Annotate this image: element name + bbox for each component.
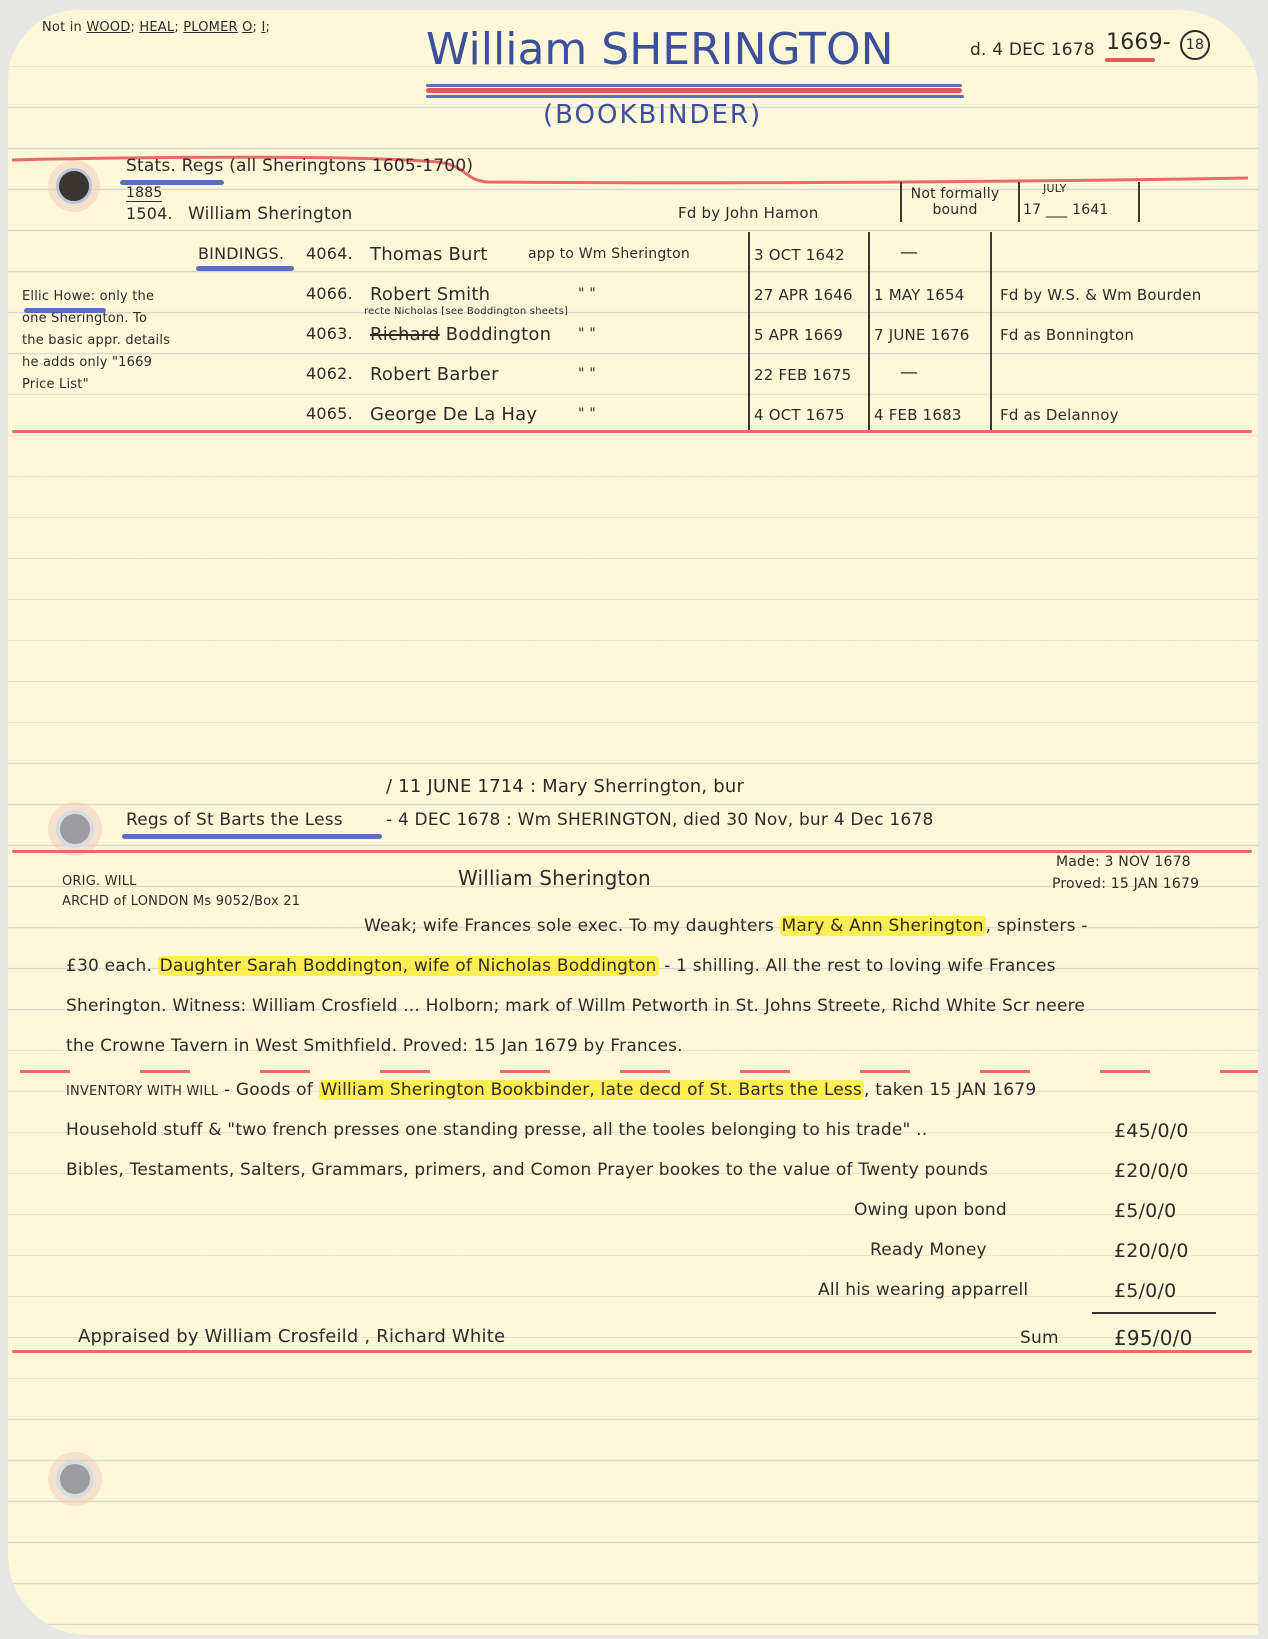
- dash-segment: [380, 1070, 430, 1073]
- dash-segment: [260, 1070, 310, 1073]
- inventory-item-desc: Owing upon bond: [854, 1200, 1007, 1220]
- death-date: d. 4 DEC 1678: [970, 40, 1095, 60]
- index-card: Not in WOOD; HEAL; PLOMER O; I; William …: [8, 10, 1258, 1635]
- title-underline-blue: [426, 84, 962, 87]
- dash-segment: [1220, 1070, 1258, 1073]
- binding-bound-date: 4 OCT 1675: [754, 406, 845, 424]
- binding-name: Richard Boddington: [370, 324, 551, 345]
- inventory-item-value: £20/0/0: [1114, 1160, 1189, 1182]
- binding-bound-date: 3 OCT 1642: [754, 246, 845, 264]
- binding-note: app to Wm Sherington: [528, 246, 690, 262]
- parish-entry-added: / 11 JUNE 1714 : Mary Sherrington, bur: [386, 776, 744, 797]
- highlighted-text: Daughter Sarah Boddington, wife of Nicho…: [158, 956, 659, 976]
- side-note-text: : only the: [91, 289, 154, 304]
- freed-date-month: JULY: [1043, 182, 1066, 195]
- inventory-item-desc: Ready Money: [870, 1240, 987, 1260]
- inventory-item-value: £20/0/0: [1114, 1240, 1189, 1262]
- col-divider: [900, 182, 902, 222]
- will-line: the Crowne Tavern in West Smithfield. Pr…: [66, 1036, 683, 1056]
- will-text-part: - 1 shilling. All the rest to loving wif…: [659, 956, 1056, 976]
- not-formally-bound: Not formally bound: [905, 186, 1005, 218]
- binding-number: 4065.: [306, 404, 353, 423]
- stats-regs-title: Stats. Regs: [126, 156, 224, 176]
- section-divider-3: [12, 850, 1252, 853]
- highlighted-text: Mary & Ann Sherington: [780, 916, 986, 936]
- binding-freed-date: 7 JUNE 1676: [874, 326, 970, 344]
- inventory-item-value: £45/0/0: [1114, 1120, 1189, 1142]
- binding-number: 4064.: [306, 244, 353, 263]
- binding-name: George De La Hay: [370, 404, 537, 425]
- inventory-text-part: , taken 15 JAN 1679: [864, 1080, 1036, 1100]
- side-note: Ellic Howe: only the one Sherington. To …: [22, 286, 170, 396]
- inventory-text-part: - Goods of: [224, 1080, 319, 1100]
- side-note-line-1: Ellic Howe: only the: [22, 286, 170, 308]
- will-line: £30 each. Daughter Sarah Boddington, wif…: [66, 956, 1056, 976]
- inventory-intro: INVENTORY WITH WILL - Goods of William S…: [66, 1080, 1036, 1100]
- source-i: I: [261, 20, 265, 35]
- binding-bound-date: 27 APR 1646: [754, 286, 853, 304]
- will-label-2: ARCHD of LONDON Ms 9052/Box 21: [62, 894, 300, 909]
- source-plomer: PLOMER: [183, 20, 238, 35]
- table-divider: [748, 232, 750, 432]
- sources-prefix: Not in: [42, 20, 82, 35]
- inventory-item-desc: All his wearing apparrell: [818, 1280, 1028, 1300]
- dash-segment: [980, 1070, 1030, 1073]
- binding-remark: Fd as Delannoy: [1000, 406, 1119, 424]
- stats-person: William Sherington: [188, 204, 352, 224]
- page-title: William SHERINGTON: [426, 24, 894, 75]
- freed-date: 17 ___ 1641: [1023, 202, 1109, 218]
- section-divider-4: [12, 1350, 1252, 1353]
- will-text-part: Sherington. Witness: William Crosfield .…: [66, 996, 1085, 1016]
- stats-regs-note: (all Sheringtons 1605-1700): [229, 156, 473, 176]
- year-dash: -: [1163, 30, 1171, 55]
- will-text-part: £30 each.: [66, 956, 158, 976]
- binding-remark: Fd by W.S. & Wm Bourden: [1000, 286, 1201, 304]
- highlighted-text: William Sherington Bookbinder, late decd…: [319, 1080, 864, 1100]
- punch-hole-bottom: [56, 1460, 94, 1498]
- dash-segment: [740, 1070, 790, 1073]
- col-divider: [1138, 182, 1140, 222]
- inventory-intro-text: - Goods of William Sherington Bookbinder…: [224, 1080, 1036, 1100]
- source-wood: WOOD: [86, 20, 130, 35]
- binding-freed-date: 4 FEB 1683: [874, 406, 962, 424]
- will-text-part: Weak; wife Frances sole exec. To my daug…: [364, 916, 780, 936]
- binding-correction: recte Nicholas [see Boddington sheets]: [364, 306, 568, 317]
- punch-hole-middle: [56, 810, 94, 848]
- stats-regs-heading: Stats. Regs (all Sheringtons 1605-1700): [126, 156, 473, 176]
- inventory-item-desc: Household stuff & "two french presses on…: [66, 1120, 927, 1140]
- dash-segment: [1100, 1070, 1150, 1073]
- binding-note: " ": [578, 286, 596, 302]
- will-text-part: the Crowne Tavern in West Smithfield. Pr…: [66, 1036, 683, 1056]
- will-proved-date: Proved: 15 JAN 1679: [1052, 876, 1199, 892]
- first-year-value: 1669: [1106, 30, 1163, 55]
- side-note-text: he adds only "1669: [22, 352, 170, 374]
- title-underline-blue-2: [426, 95, 964, 98]
- will-label-1: ORIG. WILL: [62, 874, 137, 889]
- binding-remark: Fd as Bonnington: [1000, 326, 1134, 344]
- sources-note: Not in WOOD; HEAL; PLOMER O; I;: [42, 20, 270, 35]
- side-note-text: the basic appr. details: [22, 330, 170, 352]
- side-note-heading: Ellic Howe: [22, 289, 91, 304]
- title-first-name: William: [426, 24, 587, 75]
- title-underline-red: [426, 88, 962, 93]
- dash-segment: [860, 1070, 910, 1073]
- parish-regs-underline: [122, 834, 382, 839]
- dash-segment: [140, 1070, 190, 1073]
- sum-label: Sum: [1020, 1328, 1059, 1348]
- sum-value: £95/0/0: [1114, 1326, 1193, 1350]
- side-note-underline: [24, 308, 106, 313]
- dash-segment: [500, 1070, 550, 1073]
- inventory-label: INVENTORY WITH WILL: [66, 1084, 218, 1099]
- binding-number: 4063.: [306, 324, 353, 343]
- binding-number: 4062.: [306, 364, 353, 383]
- side-note-text: Price List": [22, 374, 170, 396]
- inventory-item-value: £5/0/0: [1114, 1280, 1176, 1302]
- source-o: O: [242, 20, 252, 35]
- parish-regs-heading: Regs of St Barts the Less: [126, 810, 343, 830]
- appraisers: Appraised by William Crosfeild , Richard…: [78, 1326, 505, 1347]
- occupation: (BOOKBINDER): [543, 100, 762, 130]
- title-last-name: SHERINGTON: [601, 24, 893, 75]
- section-divider-2: [12, 430, 1252, 433]
- binding-number: 4066.: [306, 284, 353, 303]
- testator-name: William Sherington: [458, 866, 651, 890]
- sheet-number-badge: 18: [1180, 30, 1210, 60]
- binding-note: " ": [578, 326, 596, 342]
- col-divider: [1018, 182, 1020, 222]
- table-divider: [990, 232, 992, 432]
- binding-name: Robert Smith: [370, 284, 490, 305]
- year-underline: [1105, 58, 1155, 62]
- binding-freed-date: 1 MAY 1654: [874, 286, 964, 304]
- will-line: Sherington. Witness: William Crosfield .…: [66, 996, 1085, 1016]
- will-line: Weak; wife Frances sole exec. To my daug…: [364, 916, 1088, 936]
- binding-name: Robert Barber: [370, 364, 499, 385]
- source-heal: HEAL: [139, 20, 174, 35]
- binding-bound-date: 5 APR 1669: [754, 326, 843, 344]
- will-text-part: , spinsters -: [986, 916, 1088, 936]
- inventory-item-value: £5/0/0: [1114, 1200, 1176, 1222]
- first-year: 1669-: [1106, 30, 1171, 55]
- struck-name: Richard: [370, 324, 440, 345]
- binding-note: " ": [578, 406, 596, 422]
- binding-freed-date: —: [900, 362, 918, 383]
- binding-freed-date: —: [900, 242, 918, 263]
- parish-entry: - 4 DEC 1678 : Wm SHERINGTON, died 30 No…: [386, 810, 933, 830]
- table-divider: [868, 232, 870, 432]
- bindings-label: BINDINGS.: [198, 244, 284, 263]
- binding-note: " ": [578, 366, 596, 382]
- ref-top: 1885: [126, 185, 162, 202]
- sum-rule: [1092, 1312, 1216, 1314]
- dash-segment: [620, 1070, 670, 1073]
- will-made-date: Made: 3 NOV 1678: [1056, 854, 1191, 870]
- binding-bound-date: 22 FEB 1675: [754, 366, 851, 384]
- binding-name: Thomas Burt: [370, 244, 488, 265]
- freed-by: Fd by John Hamon: [678, 204, 818, 222]
- ref-bottom: 1504.: [126, 204, 173, 223]
- bindings-underline: [196, 266, 294, 271]
- inventory-item-desc: Bibles, Testaments, Salters, Grammars, p…: [66, 1160, 988, 1180]
- dash-segment: [20, 1070, 70, 1073]
